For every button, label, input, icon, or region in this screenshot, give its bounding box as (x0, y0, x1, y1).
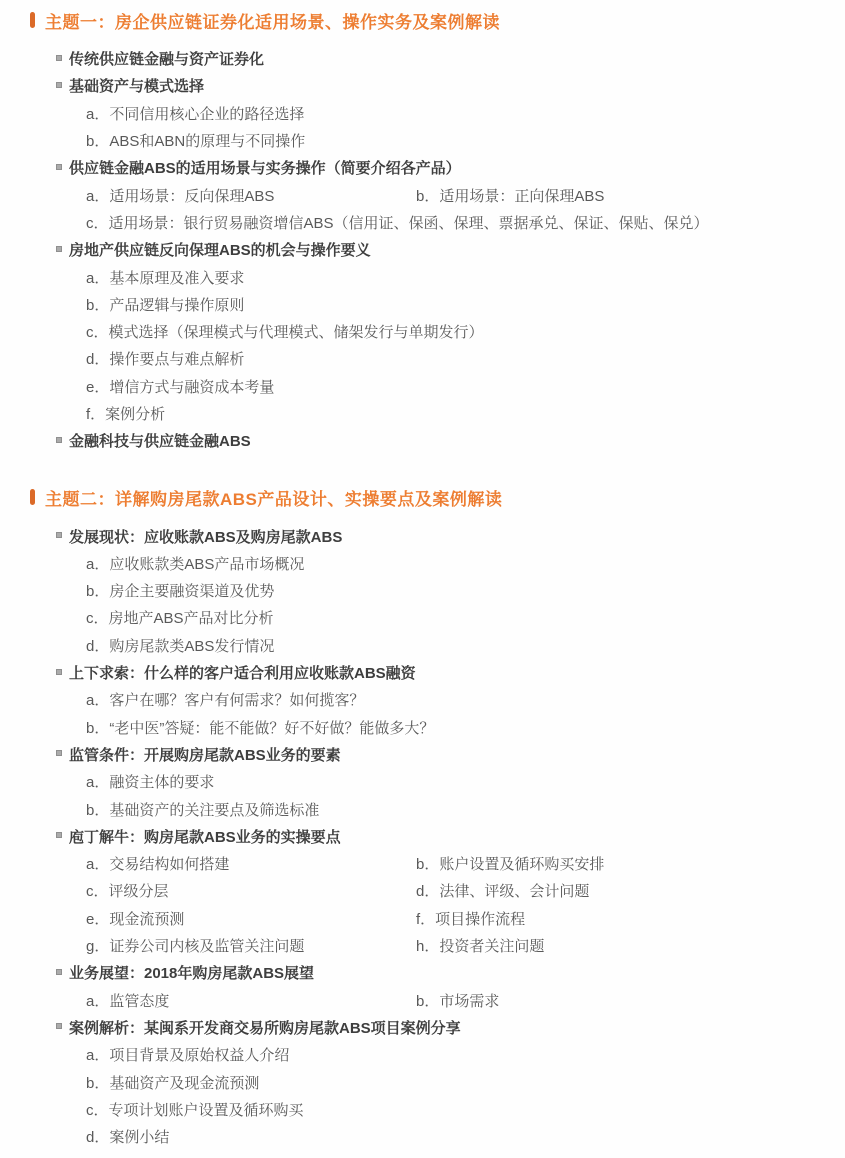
outline-item-level2: a．不同信用核心企业的路径选择 (0, 100, 845, 127)
outline-item-level1: 发展现状：应收账款ABS及购房尾款ABS (0, 522, 845, 549)
item-text-right: h．投资者关注问题 (416, 935, 544, 956)
outline-item-level2: b．基础资产及现金流预测 (0, 1068, 845, 1095)
item-text: 金融科技与供应链金融ABS (69, 430, 251, 451)
item-text: b．ABS和ABN的原理与不同操作 (86, 130, 305, 151)
item-text: b．“老中医”答疑：能不能做？好不好做？能做多大？ (86, 717, 434, 738)
item-text-right: d．法律、评级、会计问题 (416, 880, 589, 901)
outline-item-level2: f．案例分析 (0, 400, 845, 427)
item-text: d．购房尾款类ABS发行情况 (86, 635, 274, 656)
item-text: a．融资主体的要求 (86, 771, 214, 792)
section-items-list: 传统供应链金融与资产证券化基础资产与模式选择a．不同信用核心企业的路径选择b．A… (0, 45, 845, 454)
outline-item-level2: b．ABS和ABN的原理与不同操作 (0, 127, 845, 154)
outline-item-level1: 传统供应链金融与资产证券化 (0, 45, 845, 72)
section-title: 主题二：详解购房尾款ABS产品设计、实操要点及案例解读 (45, 485, 502, 510)
section-title: 主题一：房企供应链证券化适用场景、操作实务及案例解读 (45, 8, 500, 33)
outline-item-level1: 基础资产与模式选择 (0, 72, 845, 99)
section-title-row: 主题二：详解购房尾款ABS产品设计、实操要点及案例解读 (0, 486, 845, 508)
square-bullet-icon (56, 55, 62, 61)
section-items-list: 发展现状：应收账款ABS及购房尾款ABSa．应收账款类ABS产品市场概况b．房企… (0, 522, 845, 1150)
item-text: 发展现状：应收账款ABS及购房尾款ABS (69, 526, 342, 547)
outline-item-level2: b．“老中医”答疑：能不能做？好不好做？能做多大？ (0, 714, 845, 741)
item-text: 业务展望：2018年购房尾款ABS展望 (69, 962, 314, 983)
item-text: c．专项计划账户设置及循环购买 (86, 1099, 304, 1120)
item-text: f．案例分析 (86, 403, 165, 424)
item-text-left: g．证券公司内核及监管关注问题 (86, 935, 416, 956)
outline-item-level1: 上下求索：什么样的客户适合利用应收账款ABS融资 (0, 659, 845, 686)
item-text-right: b．市场需求 (416, 990, 499, 1011)
outline-item-level1: 监管条件：开展购房尾款ABS业务的要素 (0, 741, 845, 768)
square-bullet-icon (56, 969, 62, 975)
section-title-row: 主题一：房企供应链证券化适用场景、操作实务及案例解读 (0, 9, 845, 31)
item-text: c．适用场景：银行贸易融资增信ABS（信用证、保函、保理、票据承兑、保证、保贴、… (86, 212, 709, 233)
outline-item-level1: 房地产供应链反向保理ABS的机会与操作要义 (0, 236, 845, 263)
outline-item-level1: 业务展望：2018年购房尾款ABS展望 (0, 959, 845, 986)
outline-item-level1: 供应链金融ABS的适用场景与实务操作（简要介绍各产品） (0, 154, 845, 181)
square-bullet-icon (56, 164, 62, 170)
square-bullet-icon (56, 437, 62, 443)
item-text: b．基础资产的关注要点及筛选标准 (86, 799, 319, 820)
item-text-left: a．监管态度 (86, 990, 416, 1011)
item-text: a．应收账款类ABS产品市场概况 (86, 553, 304, 574)
item-text: 房地产供应链反向保理ABS的机会与操作要义 (69, 239, 371, 260)
item-text-left: c．评级分层 (86, 880, 416, 901)
item-text: b．产品逻辑与操作原则 (86, 294, 244, 315)
outline-item-level2: c．专项计划账户设置及循环购买 (0, 1096, 845, 1123)
outline-item-level2: a．监管态度b．市场需求 (0, 987, 845, 1014)
outline-item-level2: d．操作要点与难点解析 (0, 345, 845, 372)
accent-bar-icon (30, 12, 35, 28)
item-text: a．项目背景及原始权益人介绍 (86, 1044, 289, 1065)
square-bullet-icon (56, 669, 62, 675)
square-bullet-icon (56, 1023, 62, 1029)
item-text: c．模式选择（保理模式与代理模式、储架发行与单期发行） (86, 321, 484, 342)
outline-item-level2: e．增信方式与融资成本考量 (0, 373, 845, 400)
item-text: e．增信方式与融资成本考量 (86, 376, 274, 397)
item-text: b．基础资产及现金流预测 (86, 1072, 259, 1093)
outline-item-level2: a．客户在哪？客户有何需求？如何揽客？ (0, 686, 845, 713)
outline-item-level2: b．产品逻辑与操作原则 (0, 291, 845, 318)
outline-item-level2: a．适用场景：反向保理ABSb．适用场景：正向保理ABS (0, 181, 845, 208)
item-text: 基础资产与模式选择 (69, 75, 204, 96)
item-text: c．房地产ABS产品对比分析 (86, 607, 274, 628)
outline-item-level2: d．案例小结 (0, 1123, 845, 1150)
item-text: d．操作要点与难点解析 (86, 348, 244, 369)
item-text: 上下求索：什么样的客户适合利用应收账款ABS融资 (69, 662, 416, 683)
item-text: 庖丁解牛：购房尾款ABS业务的实操要点 (69, 826, 341, 847)
outline-item-level2: a．基本原理及准入要求 (0, 263, 845, 290)
item-text: a．客户在哪？客户有何需求？如何揽客？ (86, 689, 364, 710)
item-text: 案例解析：某闽系开发商交易所购房尾款ABS项目案例分享 (69, 1017, 461, 1038)
item-text-left: a．交易结构如何搭建 (86, 853, 416, 874)
item-text: b．房企主要融资渠道及优势 (86, 580, 274, 601)
section-topic-1: 主题一：房企供应链证券化适用场景、操作实务及案例解读 传统供应链金融与资产证券化… (0, 9, 845, 454)
outline-item-level1: 金融科技与供应链金融ABS (0, 427, 845, 454)
outline-item-level2: c．模式选择（保理模式与代理模式、储架发行与单期发行） (0, 318, 845, 345)
accent-bar-icon (30, 489, 35, 505)
outline-item-level2: c．适用场景：银行贸易融资增信ABS（信用证、保函、保理、票据承兑、保证、保贴、… (0, 209, 845, 236)
outline-item-level2: d．购房尾款类ABS发行情况 (0, 632, 845, 659)
item-text-right: f．项目操作流程 (416, 908, 525, 929)
outline-item-level2: b．基础资产的关注要点及筛选标准 (0, 795, 845, 822)
outline-item-level2: c．房地产ABS产品对比分析 (0, 604, 845, 631)
item-text: 供应链金融ABS的适用场景与实务操作（简要介绍各产品） (69, 157, 461, 178)
course-outline-page: 主题一：房企供应链证券化适用场景、操作实务及案例解读 传统供应链金融与资产证券化… (0, 0, 845, 1158)
item-text: d．案例小结 (86, 1126, 169, 1147)
outline-item-level2: g．证券公司内核及监管关注问题h．投资者关注问题 (0, 932, 845, 959)
item-text: a．不同信用核心企业的路径选择 (86, 103, 304, 124)
square-bullet-icon (56, 532, 62, 538)
outline-item-level2: e．现金流预测f．项目操作流程 (0, 905, 845, 932)
outline-item-level2: a．交易结构如何搭建b．账户设置及循环购买安排 (0, 850, 845, 877)
section-topic-2: 主题二：详解购房尾款ABS产品设计、实操要点及案例解读 发展现状：应收账款ABS… (0, 486, 845, 1150)
outline-item-level2: a．应收账款类ABS产品市场概况 (0, 550, 845, 577)
outline-item-level2: a．融资主体的要求 (0, 768, 845, 795)
item-text-left: a．适用场景：反向保理ABS (86, 185, 416, 206)
item-text-right: b．适用场景：正向保理ABS (416, 185, 604, 206)
outline-item-level2: b．房企主要融资渠道及优势 (0, 577, 845, 604)
item-text: a．基本原理及准入要求 (86, 267, 244, 288)
square-bullet-icon (56, 832, 62, 838)
outline-item-level2: c．评级分层d．法律、评级、会计问题 (0, 877, 845, 904)
outline-item-level2: a．项目背景及原始权益人介绍 (0, 1041, 845, 1068)
item-text: 传统供应链金融与资产证券化 (69, 48, 264, 69)
square-bullet-icon (56, 750, 62, 756)
outline-item-level1: 案例解析：某闽系开发商交易所购房尾款ABS项目案例分享 (0, 1014, 845, 1041)
square-bullet-icon (56, 246, 62, 252)
item-text-left: e．现金流预测 (86, 908, 416, 929)
item-text: 监管条件：开展购房尾款ABS业务的要素 (69, 744, 341, 765)
outline-item-level1: 庖丁解牛：购房尾款ABS业务的实操要点 (0, 823, 845, 850)
item-text-right: b．账户设置及循环购买安排 (416, 853, 604, 874)
square-bullet-icon (56, 82, 62, 88)
